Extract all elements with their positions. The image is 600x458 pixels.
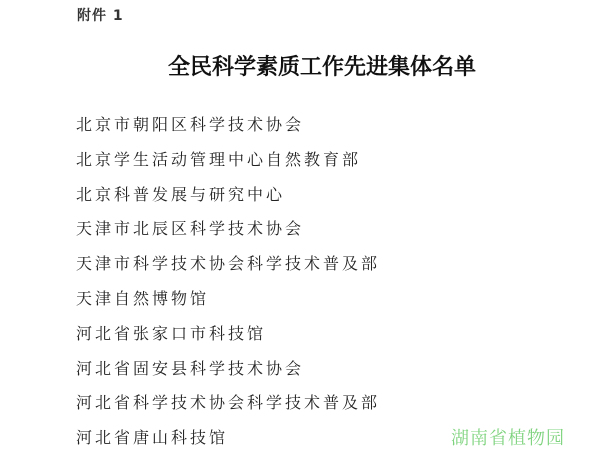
list-item: 天津市科学技术协会科学技术普及部	[76, 251, 380, 286]
list-item: 天津自然博物馆	[76, 286, 380, 321]
list-item: 北京市朝阳区科学技术协会	[76, 112, 380, 147]
list-item: 河北省张家口市科技馆	[76, 321, 380, 356]
organization-list: 北京市朝阳区科学技术协会 北京学生活动管理中心自然教育部 北京科普发展与研究中心…	[76, 112, 380, 458]
list-item: 北京科普发展与研究中心	[76, 182, 380, 217]
list-item: 河北省固安县科学技术协会	[76, 356, 380, 391]
list-item: 北京学生活动管理中心自然教育部	[76, 147, 380, 182]
list-item: 河北省科学技术协会科学技术普及部	[76, 390, 380, 425]
document-title: 全民科学素质工作先进集体名单	[168, 50, 476, 81]
list-item: 河北省唐山科技馆	[76, 425, 380, 458]
list-item: 天津市北辰区科学技术协会	[76, 216, 380, 251]
watermark: 湖南省植物园	[451, 424, 565, 450]
attachment-label: 附件 1	[77, 5, 124, 25]
